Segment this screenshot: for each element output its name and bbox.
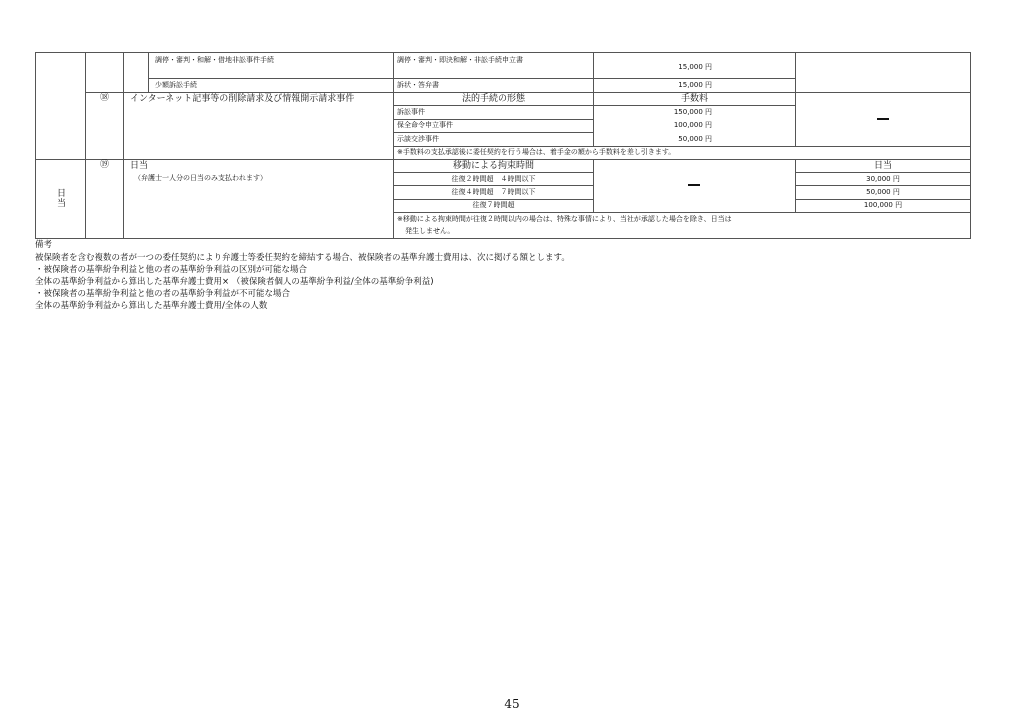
daily-note: ※移動による拘束時間が往復２時間以内の場合は、特殊な事情により、当社が承認した場… (397, 216, 732, 223)
row-divider (393, 119, 593, 120)
column-header-time: 移動による拘束時間 (394, 162, 593, 171)
time-range: 往復２時間超 ４時間以下 (394, 176, 593, 183)
daily-value: 30,000 円 (796, 176, 970, 183)
fee-value: 150,000 円 (595, 109, 712, 116)
row-divider (148, 78, 795, 79)
row-divider (85, 92, 971, 93)
remarks-heading: 備考 (35, 241, 52, 250)
time-range: 往復４時間超 ７時間以下 (394, 189, 593, 196)
col-divider (593, 159, 594, 212)
col-divider (795, 52, 796, 146)
row-divider (393, 199, 593, 200)
fee-value: 50,000 円 (595, 136, 712, 143)
col-divider (123, 52, 124, 239)
procedure-label: 少額訴訟手続 (155, 82, 197, 89)
column-header-fee: 手数料 (594, 95, 795, 104)
row-divider (393, 185, 593, 186)
row-divider (795, 199, 971, 200)
category-label: 日当 (55, 188, 64, 208)
row-divider (35, 159, 971, 160)
fee-value: 100,000 円 (595, 122, 712, 129)
item-title: インターネット記事等の削除請求及び情報開示請求事件 (130, 95, 354, 104)
fee-value: 15,000 円 (595, 64, 712, 71)
procedure-label: 保全命令申立事件 (397, 122, 453, 129)
remarks-line: 全体の基準紛争利益から算出した基準弁護士費用/全体の人数 (35, 302, 267, 311)
row-divider (393, 212, 971, 213)
page-number: 45 (487, 698, 537, 710)
item-number: ⑲ (86, 161, 123, 170)
procedure-label: 調停・審判・和解・借地非訟事件手続 (155, 57, 274, 64)
row-divider (795, 185, 971, 186)
row-divider (393, 105, 795, 106)
col-divider (85, 52, 86, 239)
procedure-label: 訴訟事件 (397, 109, 425, 116)
row-divider (393, 146, 971, 147)
remarks-line: 全体の基準紛争利益から算出した基準弁護士費用× （被保険者個人の基準紛争利益/全… (35, 278, 434, 287)
time-range: 往復７時間超 (394, 202, 593, 209)
daily-note: 発生しません。 (405, 228, 454, 235)
column-header-form: 法的手続の形態 (394, 95, 593, 104)
table-border-top (35, 52, 971, 53)
remarks-line: 被保険者を含む複数の者が一つの委任契約により弁護士等委任契約を締結する場合、被保… (35, 254, 570, 263)
item-number: ⑱ (86, 94, 123, 103)
table-border-left (35, 52, 36, 239)
row-divider (795, 172, 971, 173)
document-label: 調停・審判・即決和解・非訟手続申立書 (397, 57, 523, 64)
fee-value: 15,000 円 (595, 82, 712, 89)
column-header-daily: 日当 (796, 162, 970, 171)
col-divider (148, 52, 149, 92)
remarks-line: ・被保険者の基準紛争利益と他の者の基準紛争利益が不可能な場合 (35, 290, 290, 299)
table-border-bottom (35, 238, 971, 239)
daily-value: 50,000 円 (796, 189, 970, 196)
daily-value: 100,000 円 (796, 202, 970, 209)
item-title: 日当 (130, 162, 148, 171)
col-divider (393, 52, 394, 239)
row-divider (393, 172, 593, 173)
table-border-right (970, 52, 971, 239)
not-applicable-dash (877, 118, 889, 120)
document-label: 訴状・答弁書 (397, 82, 439, 89)
procedure-label: 示談交渉事件 (397, 136, 439, 143)
not-applicable-dash (688, 184, 700, 186)
row-divider (393, 132, 593, 133)
item-subtitle: （弁護士一人分の日当のみ支払われます） (134, 175, 267, 182)
remarks-line: ・被保険者の基準紛争利益と他の者の基準紛争利益の区別が可能な場合 (35, 266, 307, 275)
fee-note: ※手数料の支払承認後に委任契約を行う場合は、着手金の額から手数料を差し引きます。 (397, 149, 675, 156)
